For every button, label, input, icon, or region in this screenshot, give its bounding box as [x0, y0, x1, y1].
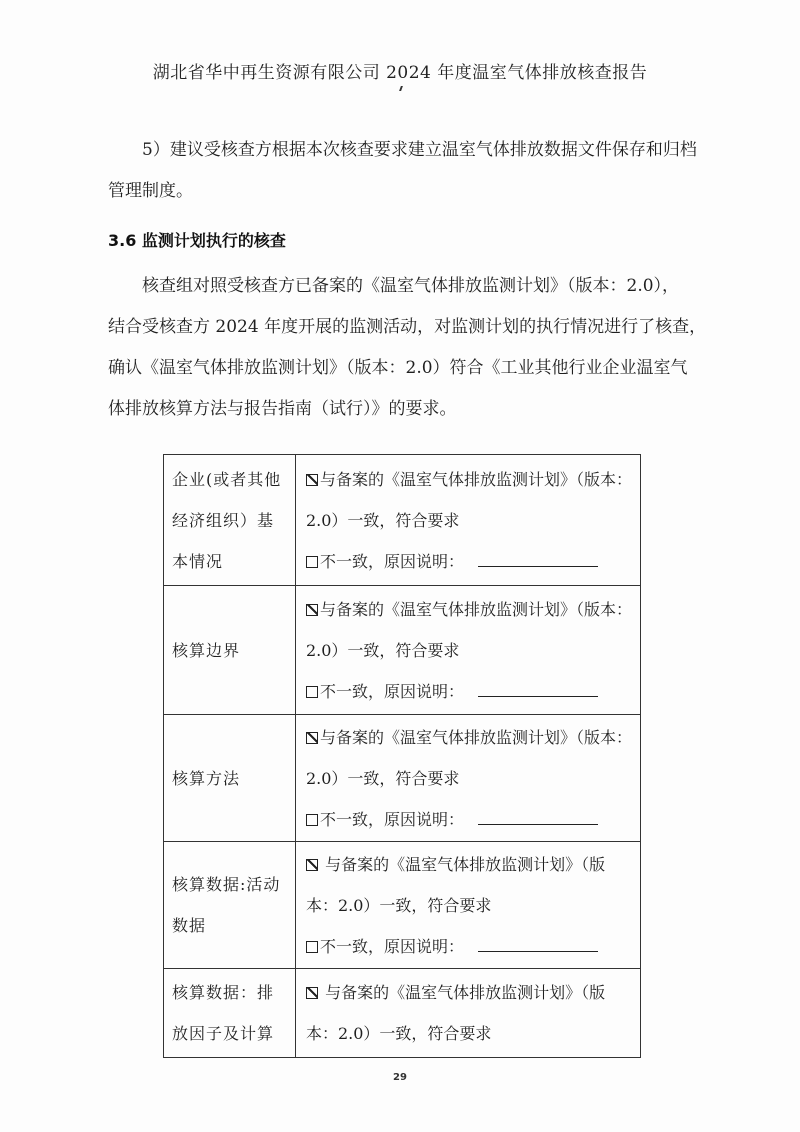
intro-line-4: 体排放核算方法与报告指南（试行）》的要求。	[108, 389, 708, 430]
intro-line-3: 确认《温室气体排放监测计划》（版本：2.0）符合《工业其他行业企业温室气	[108, 348, 708, 389]
row-label-line: 经济组织）基	[172, 500, 289, 541]
intro-paragraph: 核查组对照受核查方已备案的《温室气体排放监测计划》（版本：2.0）， 结合受核查…	[108, 266, 708, 430]
unchecked-checkbox-icon[interactable]	[306, 814, 318, 826]
row-label-line: 核算数据：排	[172, 972, 289, 1013]
consistent-text: 与备案的《温室气体排放监测计划》（版本：	[320, 728, 632, 747]
checked-checkbox-icon[interactable]	[306, 987, 318, 999]
table-row: 核算数据:活动 数据 与备案的《温室气体排放监测计划》（版 本：2.0）一致，符…	[164, 842, 641, 969]
reason-blank-line	[478, 937, 598, 952]
inconsistent-text: 不一致，原因说明：	[320, 810, 464, 829]
row-label: 核算方法	[164, 715, 296, 842]
row-content: 与备案的《温室气体排放监测计划》（版 本：2.0）一致，符合要求	[295, 969, 640, 1058]
row-content: 与备案的《温室气体排放监测计划》（版本： 2.0）一致，符合要求 不一致，原因说…	[295, 715, 640, 842]
unchecked-checkbox-icon[interactable]	[306, 556, 318, 568]
table-row: 企业(或者其他 经济组织）基 本情况 与备案的《温室气体排放监测计划》（版本： …	[164, 455, 641, 586]
consistent-text: 与备案的《温室气体排放监测计划》（版本：	[320, 470, 632, 489]
checked-checkbox-icon[interactable]	[306, 732, 318, 744]
row-label: 企业(或者其他 经济组织）基 本情况	[164, 455, 296, 586]
row-label-line: 放因子及计算	[172, 1013, 289, 1054]
row-label: 核算数据:活动 数据	[164, 842, 296, 969]
page-number: 29	[0, 1072, 800, 1083]
consistent-text-line-2: 本：2.0）一致，符合要求	[306, 885, 632, 926]
consistent-text: 与备案的《温室气体排放监测计划》（版	[320, 983, 605, 1002]
report-header-title: 湖北省华中再生资源有限公司 2024 年度温室气体排放核查报告	[0, 58, 800, 83]
checked-checkbox-icon[interactable]	[306, 604, 318, 616]
unchecked-checkbox-icon[interactable]	[306, 686, 318, 698]
row-label-line: 核算边界	[172, 630, 289, 671]
consistent-text: 与备案的《温室气体排放监测计划》（版本：	[320, 600, 632, 619]
consistent-text-line-2: 本：2.0）一致，符合要求	[306, 1013, 632, 1054]
inconsistent-text: 不一致，原因说明：	[320, 682, 464, 701]
row-content: 与备案的《温室气体排放监测计划》（版本： 2.0）一致，符合要求 不一致，原因说…	[295, 586, 640, 715]
row-content: 与备案的《温室气体排放监测计划》（版本： 2.0）一致，符合要求 不一致，原因说…	[295, 455, 640, 586]
row-label: 核算边界	[164, 586, 296, 715]
reason-blank-line	[478, 810, 598, 825]
row-label-line: 数据	[172, 905, 289, 946]
intro-line-2: 结合受核查方 2024 年度开展的监测活动，对监测计划的执行情况进行了核查，	[108, 307, 708, 348]
row-label-line: 本情况	[172, 541, 289, 582]
suggestion-line-2: 管理制度。	[108, 171, 708, 212]
row-label-line: 核算数据:活动	[172, 864, 289, 905]
reason-blank-line	[478, 682, 598, 697]
table-row: 核算数据：排 放因子及计算 与备案的《温室气体排放监测计划》（版 本：2.0）一…	[164, 969, 641, 1058]
header-mark	[399, 86, 403, 91]
checked-checkbox-icon[interactable]	[306, 859, 318, 871]
suggestion-line-1: 5）建议受核查方根据本次核查要求建立温室气体排放数据文件保存和归档	[142, 140, 697, 160]
monitoring-plan-check-table: 企业(或者其他 经济组织）基 本情况 与备案的《温室气体排放监测计划》（版本： …	[163, 454, 641, 1058]
consistent-text-line-2: 2.0）一致，符合要求	[306, 630, 632, 671]
inconsistent-text: 不一致，原因说明：	[320, 937, 464, 956]
unchecked-checkbox-icon[interactable]	[306, 941, 318, 953]
intro-line-1: 核查组对照受核查方已备案的《温室气体排放监测计划》（版本：2.0），	[142, 276, 679, 296]
section-title: 3.6 监测计划执行的核查	[108, 228, 286, 251]
row-label-line: 企业(或者其他	[172, 459, 289, 500]
row-label: 核算数据：排 放因子及计算	[164, 969, 296, 1058]
row-label-line: 核算方法	[172, 758, 289, 799]
consistent-text-line-2: 2.0）一致，符合要求	[306, 500, 632, 541]
row-content: 与备案的《温室气体排放监测计划》（版 本：2.0）一致，符合要求 不一致，原因说…	[295, 842, 640, 969]
inconsistent-text: 不一致，原因说明：	[320, 552, 464, 571]
consistent-text: 与备案的《温室气体排放监测计划》（版	[320, 855, 605, 874]
checked-checkbox-icon[interactable]	[306, 474, 318, 486]
suggestion-paragraph: 5）建议受核查方根据本次核查要求建立温室气体排放数据文件保存和归档 管理制度。	[108, 130, 708, 212]
consistent-text-line-2: 2.0）一致，符合要求	[306, 758, 632, 799]
reason-blank-line	[478, 552, 598, 567]
table-row: 核算方法 与备案的《温室气体排放监测计划》（版本： 2.0）一致，符合要求 不一…	[164, 715, 641, 842]
table-row: 核算边界 与备案的《温室气体排放监测计划》（版本： 2.0）一致，符合要求 不一…	[164, 586, 641, 715]
